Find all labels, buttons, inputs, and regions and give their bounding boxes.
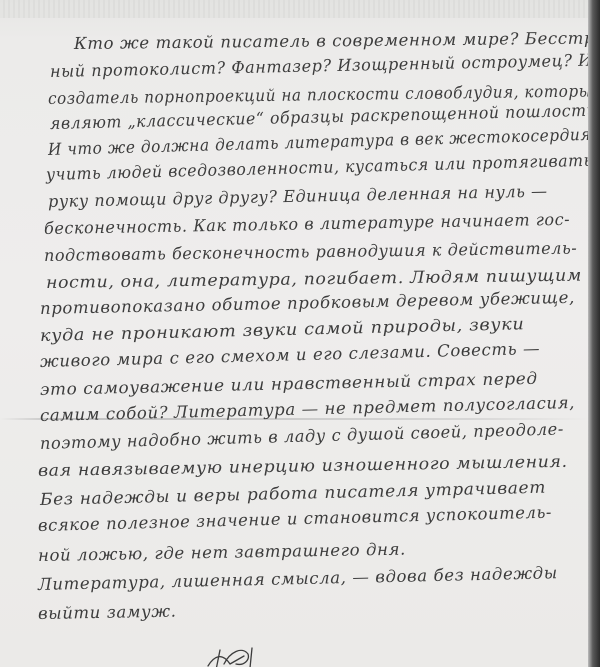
letter-line-7: руку помощи друг другу? Единица деленная… [48, 182, 548, 211]
letter-line-13: живого мира с его смехом и его слезами. … [40, 339, 541, 371]
signature-icon [200, 642, 270, 667]
letter-line-20: ной ложью, где нет завтрашнего дня. [38, 540, 406, 565]
letter-line-1: Кто же такой писатель в современном мире… [74, 28, 588, 53]
letter-line-9: подствовать бесконечность равнодушия к д… [44, 239, 578, 265]
letter-line-22: выйти замуж. [38, 602, 177, 623]
scan-top-edge [0, 0, 588, 18]
letter-line-19: всякое полезное значение и становится ус… [38, 503, 553, 535]
letter-line-11: противопоказано обитое пробковым деревом… [40, 288, 575, 318]
letter-line-10: ности, она, литература, погибает. Людям … [46, 266, 582, 292]
letter-line-16: поэтому надобно жить в ладу с душой свое… [40, 419, 564, 453]
letter-line-2: ный протоколист? Фантазер? Изощренный ос… [50, 50, 588, 81]
letter-line-17: вая навязываемую инерцию изношенного мыш… [38, 452, 568, 480]
scan-right-edge [588, 0, 600, 667]
letter-line-14: это самоуважение или нравственный страх … [40, 369, 538, 399]
letter-line-15: самим собой? Литература — не предмет пол… [40, 393, 575, 425]
letter-line-8: бесконечность. Как только в литературе н… [44, 210, 571, 238]
letter-line-21: Литература, лишенная смысла, — вдова без… [38, 563, 558, 594]
letter-page: Кто же такой писатель в современном мире… [0, 0, 588, 667]
